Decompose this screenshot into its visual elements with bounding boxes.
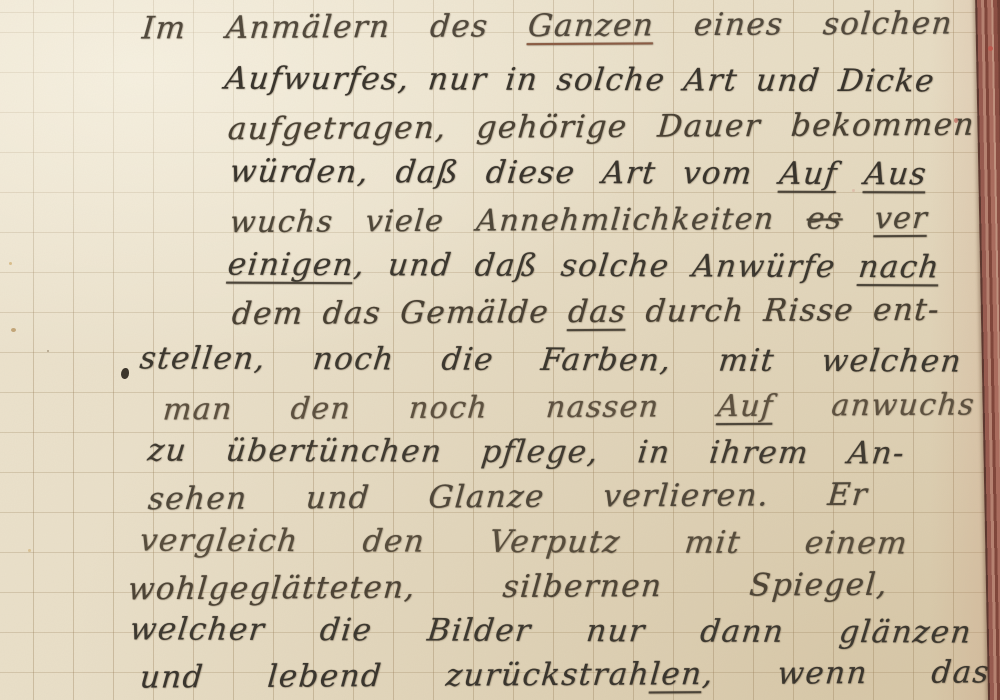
handwritten-line-2: Aufwurfes, nur in solche Art und Dicke: [223, 57, 938, 104]
paper-speck: [28, 549, 31, 552]
handwritten-line-8: stellen, noch die Farben, mit welchen: [138, 336, 965, 383]
word-segment: Aufwurfes, nur in solche Art und Dicke: [223, 61, 937, 100]
underlined-word: Auf: [778, 156, 840, 192]
word-segment: stellen, noch die Farben, mit welchen: [138, 340, 964, 379]
ink-blot: [121, 368, 129, 379]
word-segment: und lebend zurückstrah: [139, 656, 652, 695]
manuscript-page: Im Anmälern des Ganzen eines solchenAufw…: [0, 0, 1000, 700]
word-segment: anwuchs: [772, 388, 976, 424]
handwritten-line-15: und lebend zurückstrahlen, wenn das: [138, 650, 992, 699]
word-segment: sehen und Glanze verlieren. Er: [147, 477, 870, 517]
handwritten-line-6: einigen, und daß solche Anwürfe nach: [226, 243, 943, 290]
word-segment: zu übertünchen pflege, in ihrem An-: [146, 433, 907, 472]
handwritten-line-14: welcher die Bilder nur dann glänzen: [128, 607, 975, 654]
handwritten-line-5: wuchs viele Annehmlichkeiten es ver: [228, 197, 930, 245]
handwritten-line-7: dem das Gemälde das durch Risse ent-: [230, 288, 942, 336]
handwritten-line-13: wohlgeglätteten, silbernen Spiegel,: [126, 563, 890, 612]
paper-speck: [47, 350, 49, 352]
struck-word: es: [805, 201, 844, 236]
underlined-word: ver: [873, 201, 929, 236]
underlined-word: das: [567, 294, 628, 330]
word-segment: würden, daß diese Art vom: [228, 154, 782, 192]
word-segment: durch Risse ent-: [625, 292, 941, 330]
handwritten-line-4: würden, daß diese Art vom Auf Aus: [228, 150, 930, 197]
word-segment: , und daß solche Anwürfe: [352, 247, 860, 285]
word-segment: wohlgeglätteten, silbernen Spiegel,: [127, 567, 890, 608]
handwritten-line-1: Im Anmälern des Ganzen eines solchen: [140, 2, 955, 51]
underlined-word: Ganzen: [527, 7, 656, 44]
word-segment: [836, 156, 867, 192]
word-segment: Anmälern des: [225, 8, 530, 46]
word-segment: Im: [141, 10, 228, 47]
book-edge: [975, 0, 1000, 700]
handwritten-line-9: man den noch nassen Auf anwuchs: [161, 384, 977, 433]
handwritten-line-12: vergleich den Verputz mit einem: [138, 519, 911, 566]
handwritten-line-10: zu übertünchen pflege, in ihrem An-: [146, 429, 908, 476]
underlined-word: Aus: [863, 156, 929, 192]
word-segment: dem das Gemälde: [231, 294, 570, 332]
word-segment: man den noch nassen: [162, 389, 719, 427]
handwritten-line-11: sehen und Glanze verlieren. Er: [146, 473, 870, 521]
underlined-word: Auf: [716, 389, 775, 424]
underlined-word: nach: [857, 249, 942, 285]
underlined-word: len: [649, 656, 704, 692]
word-segment: aufgetragen, gehörige Dauer bekommen: [227, 107, 977, 148]
underlined-word: einigen: [226, 247, 356, 283]
paper-speck: [11, 328, 16, 332]
handwritten-line-3: aufgetragen, gehörige Dauer bekommen: [226, 103, 977, 152]
word-segment: eines solchen: [653, 6, 955, 44]
word-segment: welcher die Bilder nur dann glänzen: [128, 611, 974, 650]
word-segment: wuchs viele Annehmlichkeiten: [229, 202, 809, 241]
word-segment: [841, 201, 876, 236]
word-segment: vergleich den Verputz mit einem: [138, 523, 910, 562]
paper-speck: [9, 262, 12, 265]
word-segment: , wenn das: [701, 654, 991, 692]
